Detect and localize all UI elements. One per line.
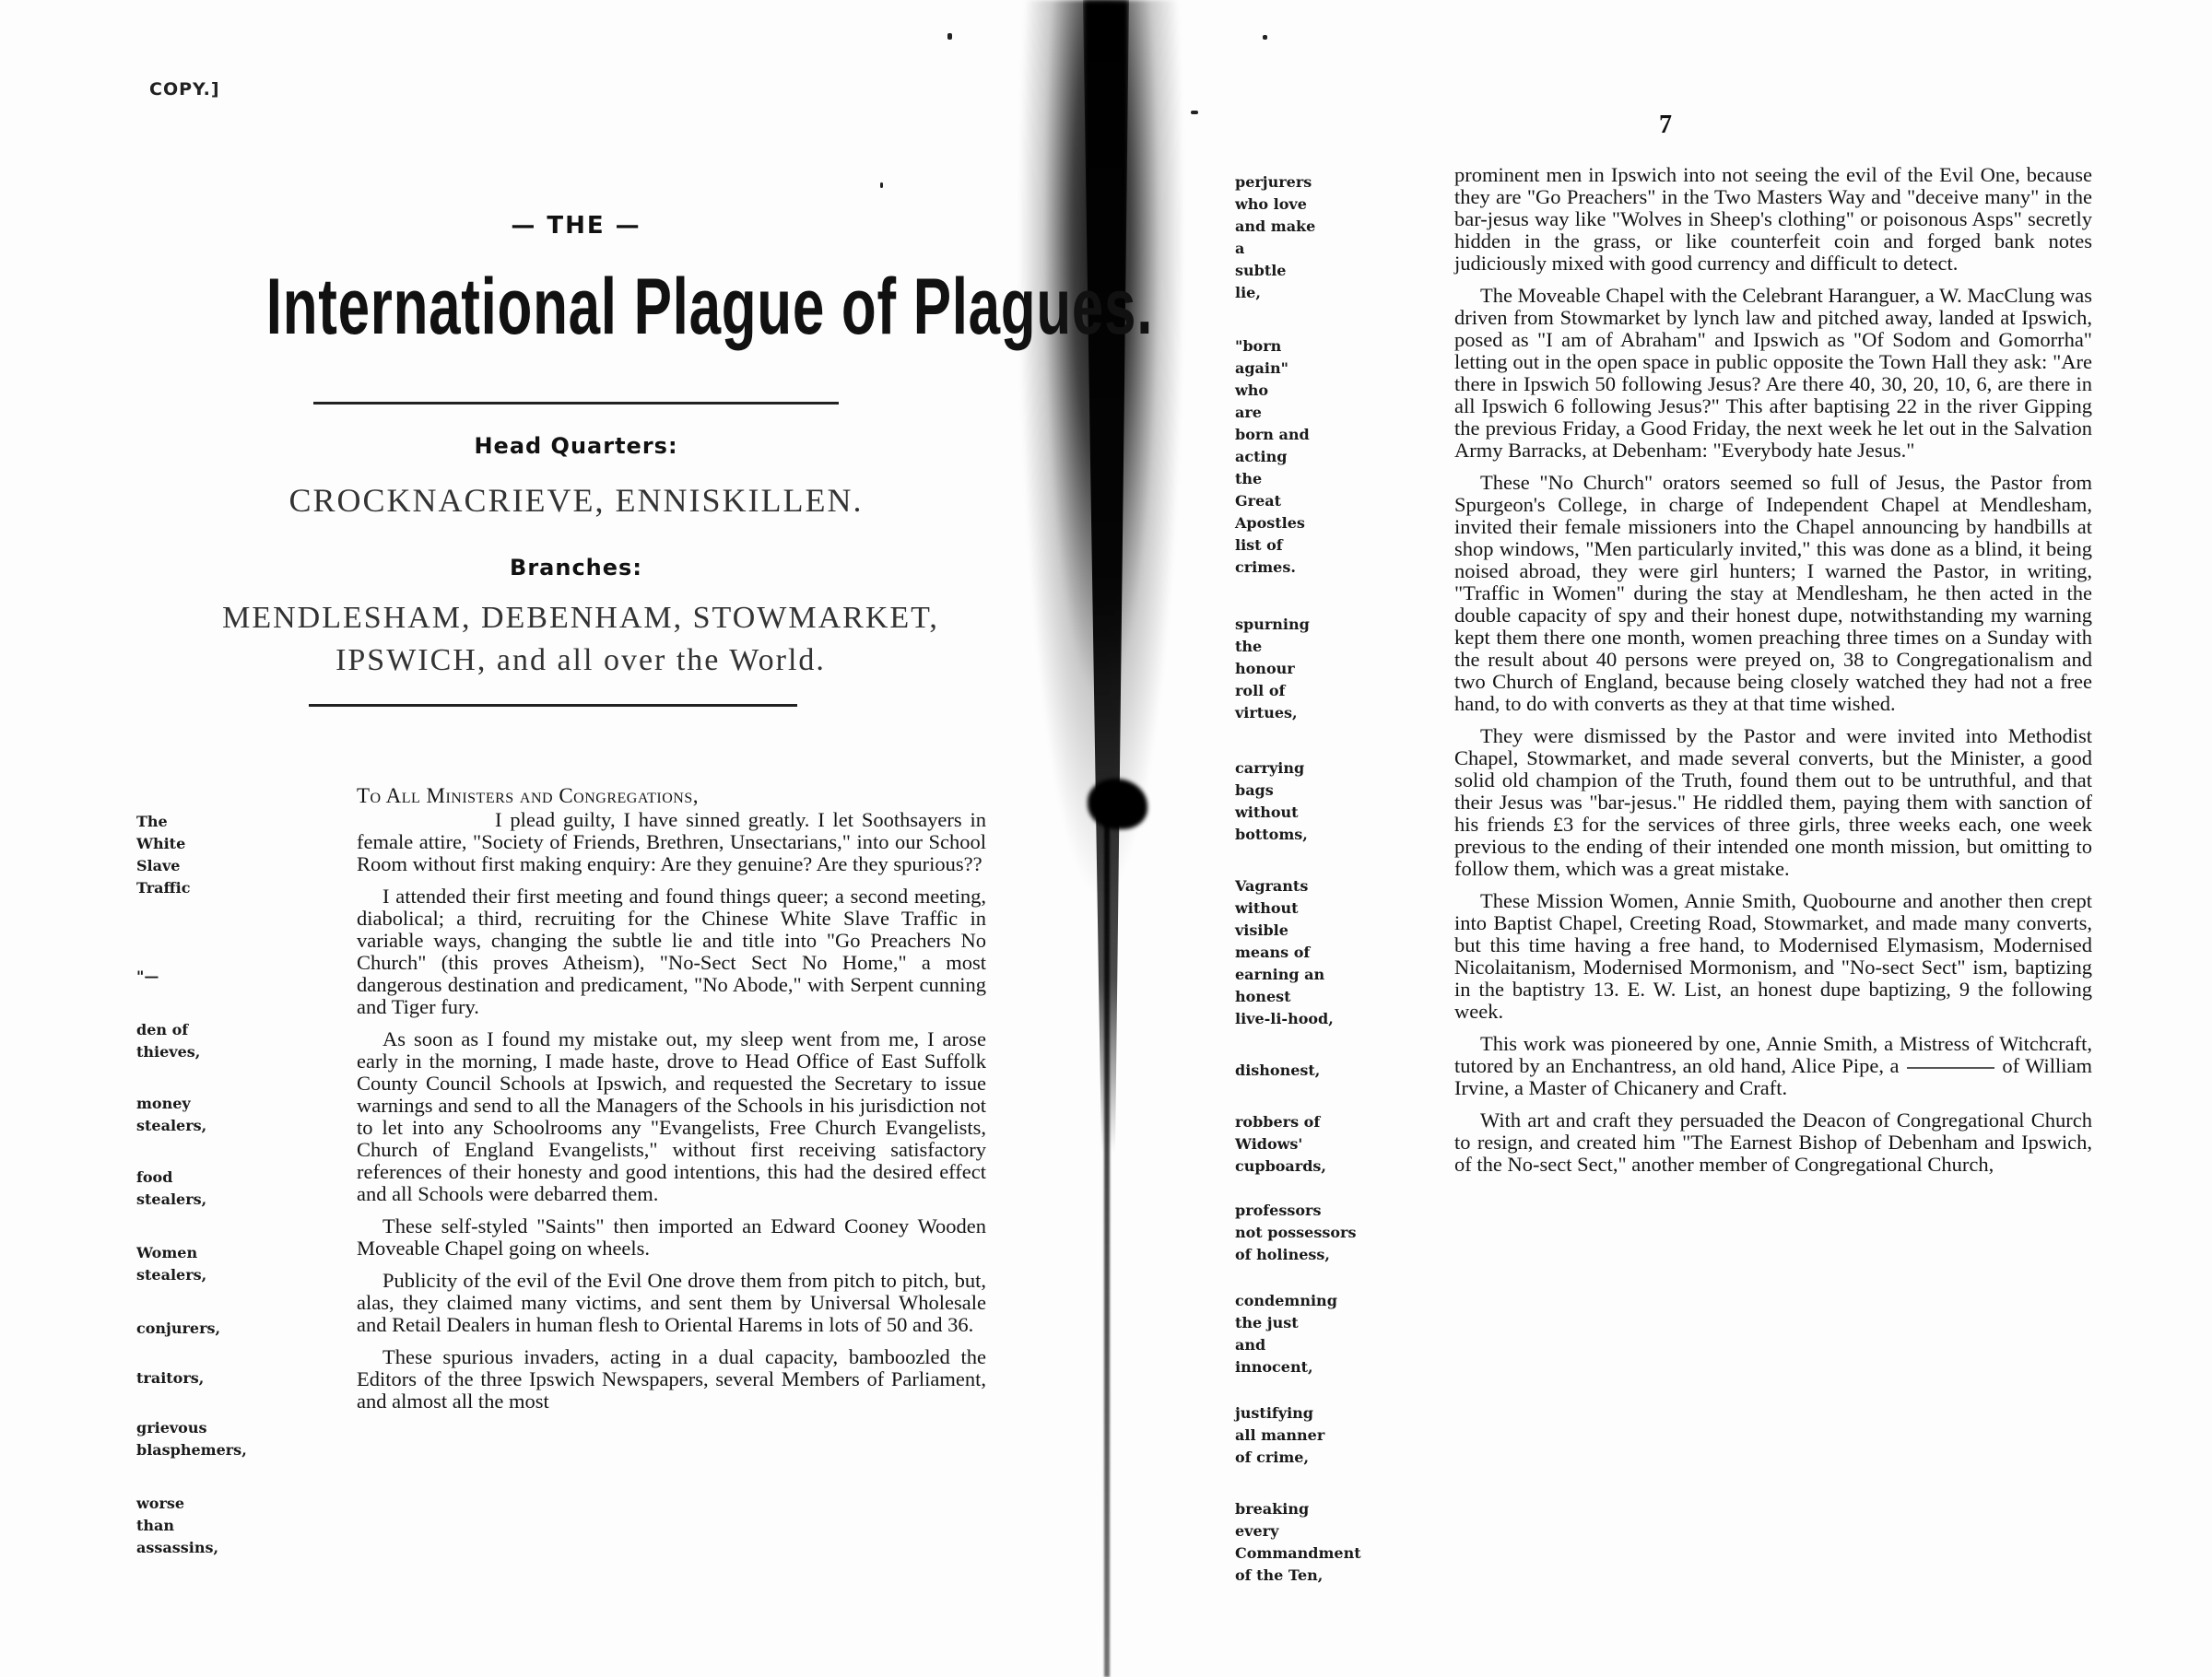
- paragraph: I attended their first meeting and found…: [357, 885, 986, 1018]
- paragraph: Publicity of the evil of the Evil One dr…: [357, 1270, 986, 1336]
- branches-line-2: IPSWICH, and all over the World.: [166, 639, 995, 682]
- margin-note: robbers of Widows' cupboards,: [1235, 1111, 1326, 1178]
- head-quarters-label: Head Quarters:: [309, 433, 843, 459]
- paragraph: I plead guilty, I have sinned greatly. I…: [357, 809, 986, 875]
- margin-note: traitors,: [136, 1367, 204, 1390]
- margin-note: breaking every Commandment of the Ten,: [1235, 1498, 1361, 1587]
- title-prefix: — THE —: [309, 212, 843, 240]
- margin-note: perjurers who love and make a subtle lie…: [1235, 171, 1315, 304]
- margin-note: worse than assassins,: [136, 1493, 218, 1559]
- margin-note: food stealers,: [136, 1167, 206, 1211]
- margin-note: "—: [136, 966, 159, 988]
- paragraph: These Mission Women, Annie Smith, Quobou…: [1454, 890, 2092, 1023]
- left-body-text: To All Ministers and Congregations, I pl…: [357, 785, 986, 1423]
- margin-note: conjurers,: [136, 1318, 220, 1340]
- paragraph: These "No Church" orators seemed so full…: [1454, 472, 2092, 715]
- paragraph: These spurious invaders, acting in a dua…: [357, 1346, 986, 1413]
- salutation: To All Ministers and Congregations,: [357, 785, 986, 807]
- page-number: 7: [1659, 111, 1672, 140]
- right-body-text: prominent men in Ipswich into not seeing…: [1454, 164, 2092, 1186]
- margin-note: justifying all manner of crime,: [1235, 1402, 1324, 1469]
- margin-note: den of thieves,: [136, 1019, 200, 1063]
- paragraph: As soon as I found my mistake out, my sl…: [357, 1028, 986, 1205]
- redacted-blank-line: [1907, 1067, 1994, 1069]
- paragraph: This work was pioneered by one, Annie Sm…: [1454, 1033, 2092, 1099]
- scan-speck: [1263, 35, 1267, 40]
- head-quarters-value: CROCKNACRIEVE, ENNISKILLEN.: [217, 481, 935, 520]
- page-title: International Plague of Plagues.: [266, 256, 877, 358]
- margin-note: carrying bags without bottoms,: [1235, 757, 1308, 846]
- margin-note: professors not possessors of holiness,: [1235, 1200, 1356, 1266]
- margin-note: spurning the honour roll of virtues,: [1235, 614, 1310, 724]
- divider-rule: [313, 402, 839, 405]
- paragraph: The Moveable Chapel with the Celebrant H…: [1454, 285, 2092, 462]
- scan-speck: [947, 33, 952, 40]
- gutter-fold-line: [1104, 811, 1110, 1677]
- paragraph: With art and craft they persuaded the De…: [1454, 1109, 2092, 1176]
- margin-note: Women stealers,: [136, 1242, 206, 1286]
- paragraph-start: This work was pioneered by one, Annie Sm…: [1454, 1032, 2092, 1077]
- divider-rule: [309, 704, 797, 707]
- paragraph: They were dismissed by the Pastor and we…: [1454, 725, 2092, 880]
- branches-value: MENDLESHAM, DEBENHAM, STOWMARKET, IPSWIC…: [166, 597, 995, 682]
- copy-mark: COPY.]: [149, 79, 220, 100]
- margin-note: dishonest,: [1235, 1060, 1320, 1082]
- branches-label: Branches:: [309, 555, 843, 580]
- margin-note: money stealers,: [136, 1093, 206, 1137]
- scan-speck: [880, 182, 883, 188]
- margin-note: grievous blasphemers,: [136, 1417, 247, 1461]
- paragraph: prominent men in Ipswich into not seeing…: [1454, 164, 2092, 275]
- branches-line-1: MENDLESHAM, DEBENHAM, STOWMARKET,: [166, 597, 995, 639]
- margin-note: Vagrants without visible means of earnin…: [1235, 875, 1334, 1030]
- margin-note: condemning the just and innocent,: [1235, 1290, 1337, 1378]
- scan-speck: [1191, 111, 1198, 114]
- margin-note: "born again" who are born and acting the…: [1235, 335, 1310, 579]
- paragraph: These self-styled "Saints" then imported…: [357, 1215, 986, 1260]
- margin-note: The White Slave Traffic: [136, 811, 191, 899]
